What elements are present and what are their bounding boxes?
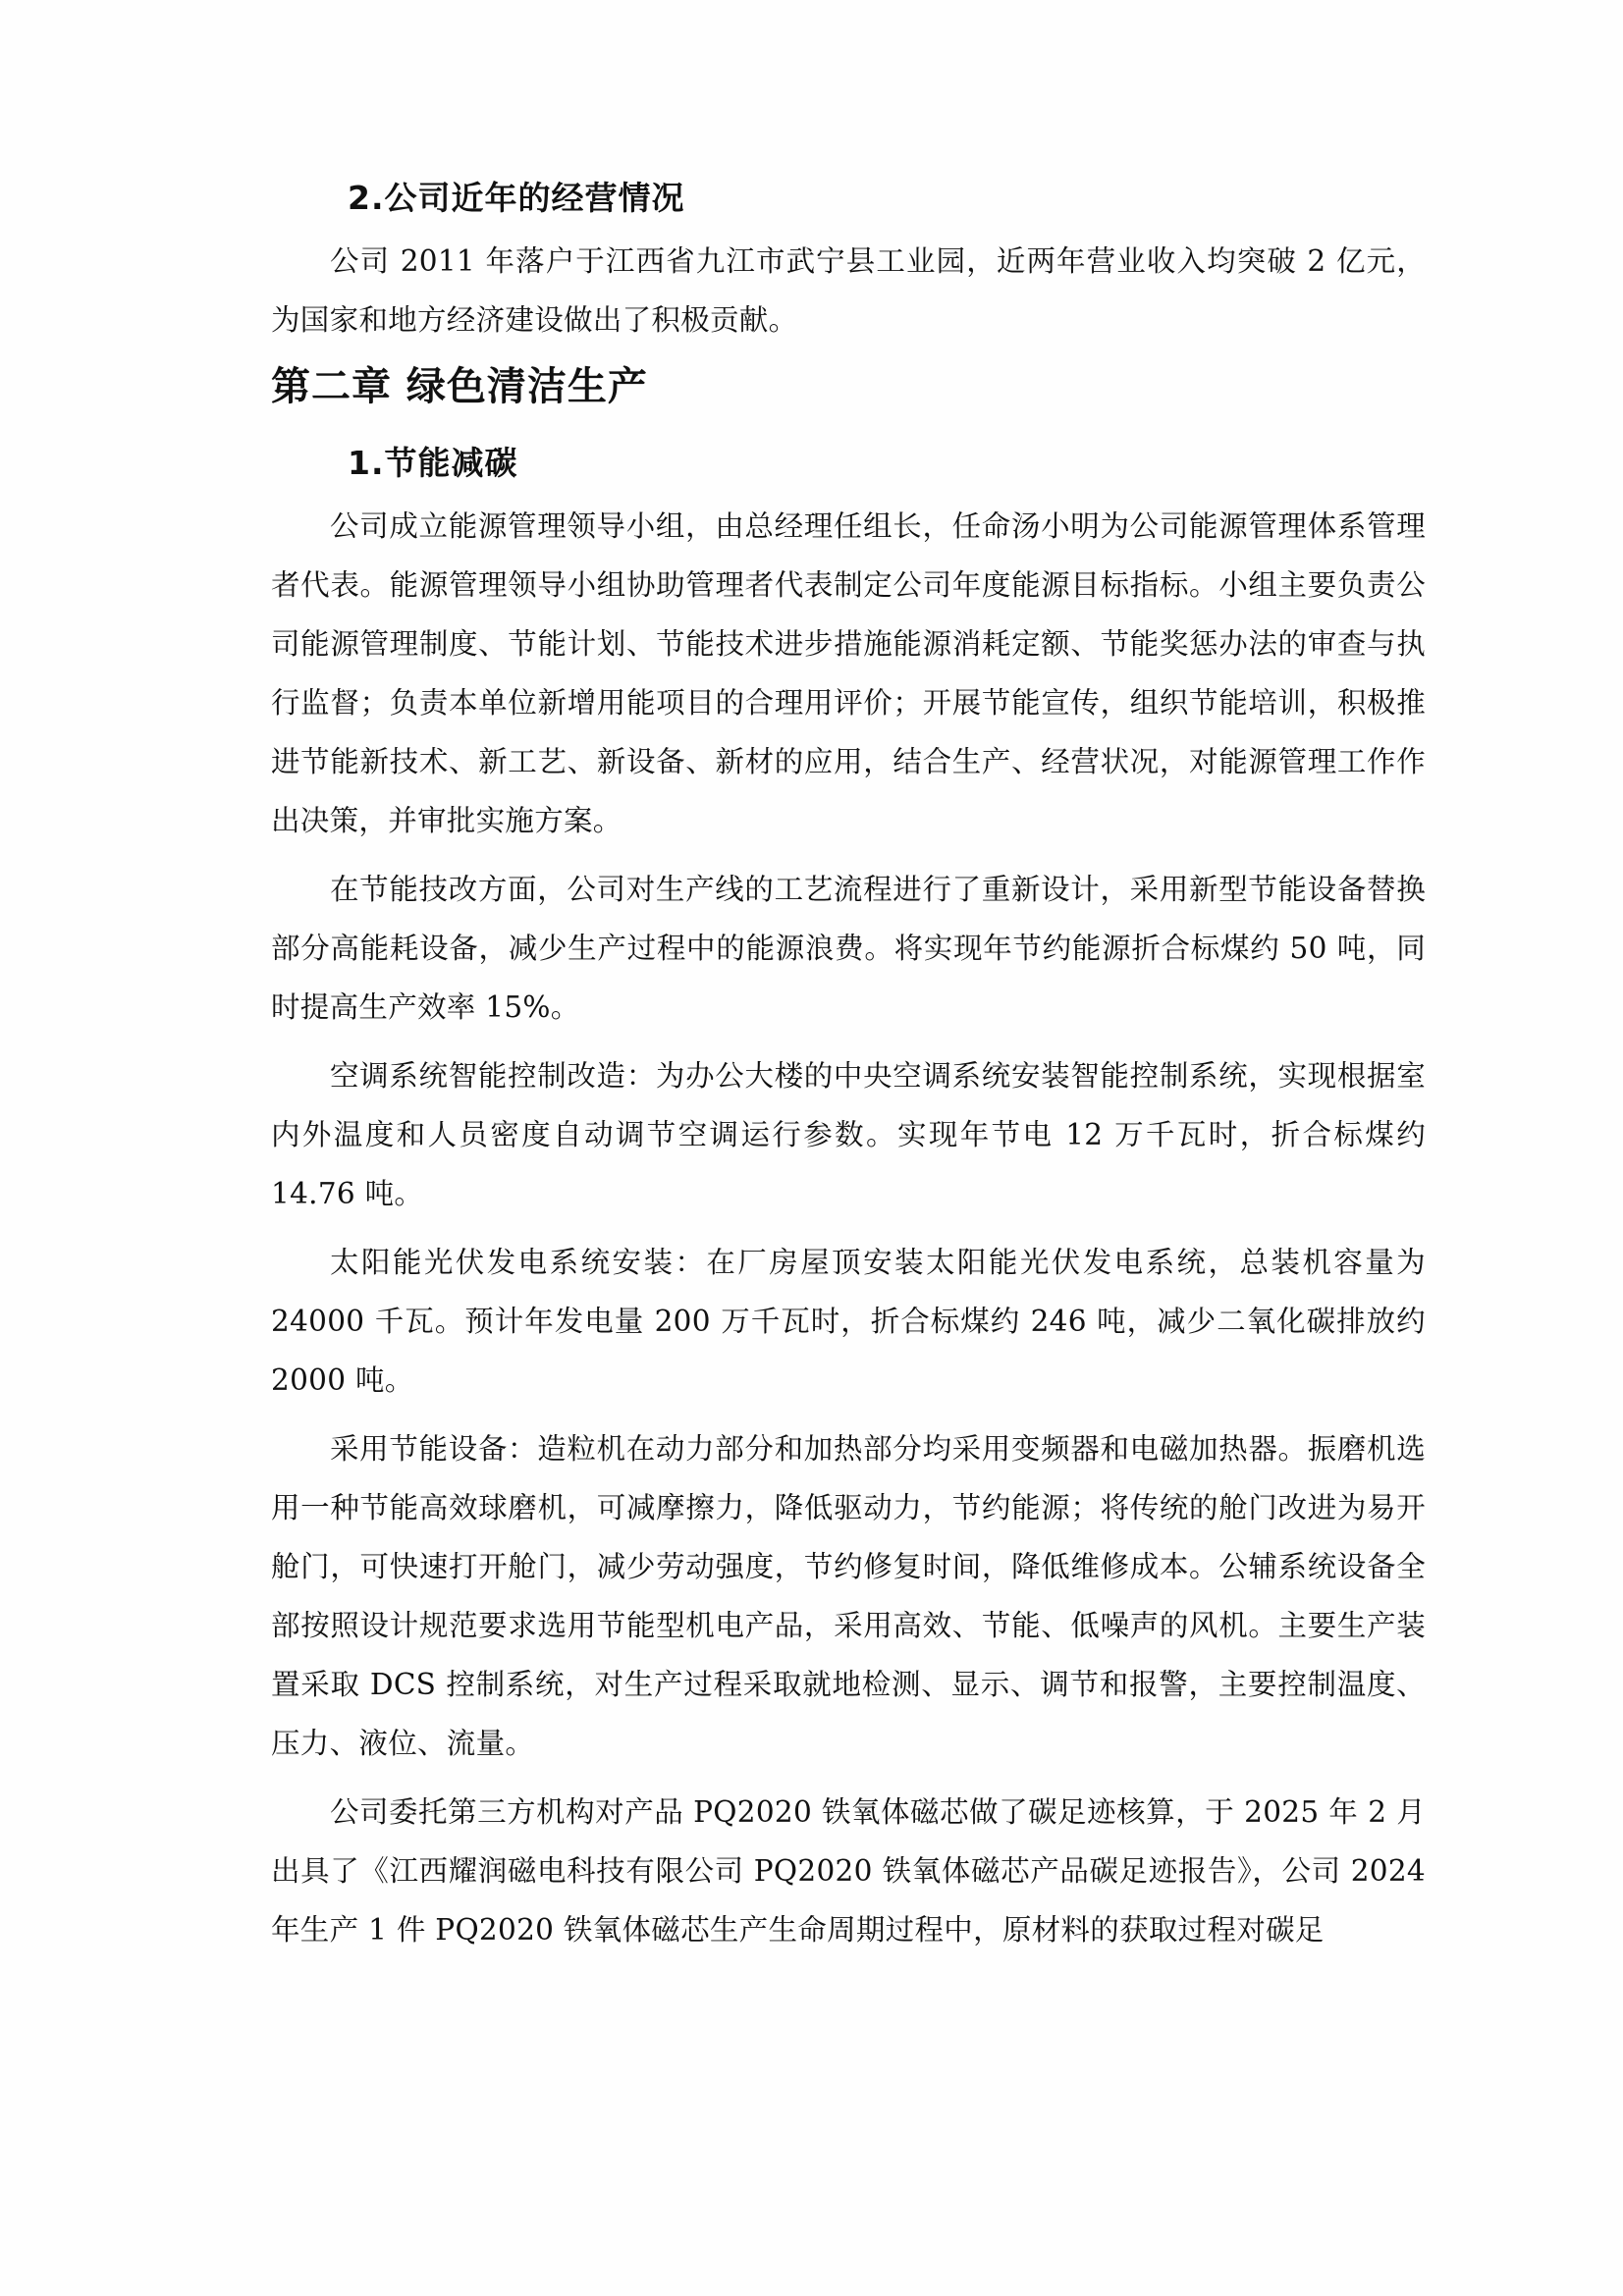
chapter-heading-green-production: 第二章 绿色清洁生产	[271, 363, 1426, 410]
page-content: 2.公司近年的经营情况 公司 2011 年落户于江西省九江市武宁县工业园，近两年…	[271, 179, 1426, 1959]
paragraph-energy-saving-equipment: 采用节能设备：造粒机在动力部分和加热部分均采用变频器和电磁加热器。振磨机选用一种…	[271, 1419, 1426, 1773]
paragraph-carbon-footprint: 公司委托第三方机构对产品 PQ2020 铁氧体磁芯做了碳足迹核算，于 2025 …	[271, 1783, 1426, 1959]
paragraph-solar-pv: 太阳能光伏发电系统安装：在厂房屋顶安装太阳能光伏发电系统，总装机容量为 2400…	[271, 1233, 1426, 1410]
document-page: 2.公司近年的经营情况 公司 2011 年落户于江西省九江市武宁县工业园，近两年…	[0, 0, 1623, 2296]
paragraph-energy-management-team: 公司成立能源管理领导小组，由总经理任组长，任命汤小明为公司能源管理体系管理者代表…	[271, 497, 1426, 850]
subsection-heading-energy-saving: 1.节能减碳	[271, 444, 1426, 483]
paragraph-hvac-control: 空调系统智能控制改造：为办公大楼的中央空调系统安装智能控制系统，实现根据室内外温…	[271, 1046, 1426, 1223]
paragraph-process-retrofit: 在节能技改方面，公司对生产线的工艺流程进行了重新设计，采用新型节能设备替换部分高…	[271, 860, 1426, 1037]
section-heading-business-status: 2.公司近年的经营情况	[271, 179, 1426, 218]
paragraph-business-status: 公司 2011 年落户于江西省九江市武宁县工业园，近两年营业收入均突破 2 亿元…	[271, 232, 1426, 349]
